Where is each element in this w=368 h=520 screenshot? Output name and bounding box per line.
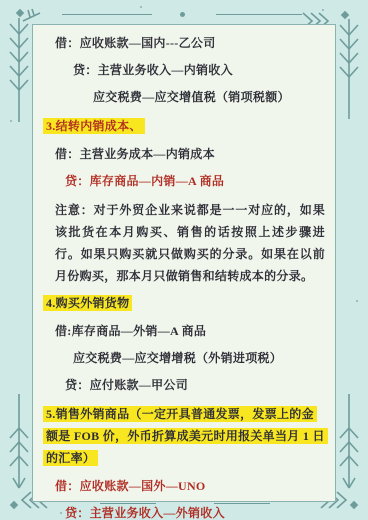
center-dot-icon bbox=[180, 12, 185, 17]
top-left-rule bbox=[62, 14, 152, 15]
document-line: 应交税费—应交增值税（销项税额） bbox=[43, 88, 325, 107]
document-line: 应交税费—应交增增税（外销进项税） bbox=[43, 349, 325, 368]
highlighted-heading: 3.结转内销成本、 bbox=[43, 118, 145, 134]
document-body: 借：应收账款—国内---乙公司贷：主营业务收入—内销收入应交税费—应交增值税（销… bbox=[43, 34, 325, 520]
highlighted-heading: 4.购买外销货物 bbox=[43, 295, 132, 311]
speckle bbox=[356, 300, 358, 302]
document-line: 贷：主营业务收入—内销收入 bbox=[43, 61, 325, 80]
document-line: 借：应收账款—国外—UNO bbox=[43, 477, 325, 496]
top-right-rule bbox=[216, 14, 302, 15]
document-line: 5.销售外销商品（一定开具普通发票，发票上的金额是 FOB 价，外币折算成美元时… bbox=[43, 403, 325, 469]
document-line: 4.购买外销货物 bbox=[43, 292, 325, 314]
document-line: 借：主营业务成本—内销成本 bbox=[43, 145, 325, 164]
document-line: 贷：主营业务收入—外销收入 bbox=[43, 504, 325, 520]
notes-page: 借：应收账款—国内---乙公司贷：主营业务收入—内销收入应交税费—应交增值税（销… bbox=[0, 0, 368, 520]
document-line: 借:库存商品—外销—A 商品 bbox=[43, 322, 325, 341]
notes-card: 借：应收账款—国内---乙公司贷：主营业务收入—内销收入应交税费—应交增值税（销… bbox=[32, 24, 336, 502]
document-line: 注意：对于外贸企业来说都是一一对应的，如果该批货在本月购买、销售的话按照上述步骤… bbox=[43, 199, 325, 287]
document-line: 借：应收账款—国内---乙公司 bbox=[43, 34, 325, 53]
document-line: 贷：应付账款—甲公司 bbox=[43, 376, 325, 395]
document-line: 贷：库存商品—内销—A 商品 bbox=[43, 172, 325, 191]
speckle bbox=[140, 6, 142, 8]
highlighted-heading: 5.销售外销商品（一定开具普通发票，发票上的金额是 FOB 价，外币折算成美元时… bbox=[43, 406, 328, 466]
document-line: 3.结转内销成本、 bbox=[43, 115, 325, 137]
